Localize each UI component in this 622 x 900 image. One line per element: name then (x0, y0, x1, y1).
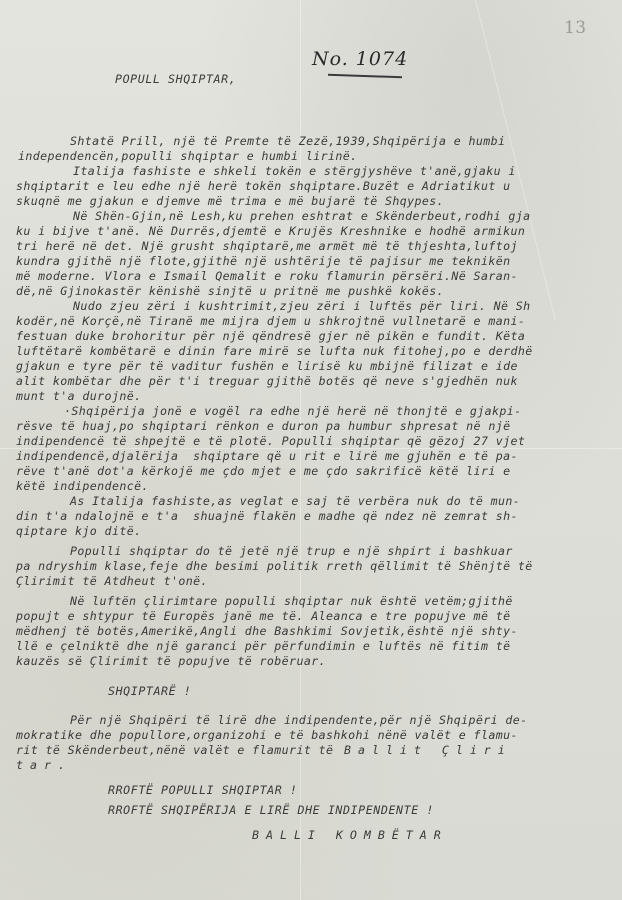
exclamation-heading: SHQIPTARË ! (108, 686, 191, 698)
body-line: llë e çelniktë dhe një garanci për përfu… (16, 641, 510, 653)
body-line: mëdhenj të botës,Amerikë,Angli dhe Bashk… (16, 626, 518, 638)
body-line: popujt e shtypur të Europës janë me të. … (16, 611, 510, 623)
signature-balli-kombetar: BALLI KOMBËTAR (252, 830, 448, 842)
body-line: skuqnë me gjakun e djemve më trima e më … (16, 196, 444, 208)
closing-line: rit të Skënderbeut,nënë valët e flamurit… (16, 745, 341, 757)
body-line: këtë indipendencë. (16, 481, 149, 493)
body-line: indipendencë,djalërija shqiptare që u ri… (16, 451, 518, 463)
closing-line: Për një Shqipëri të lirë dhe indipendent… (70, 715, 528, 727)
body-line: alit kombëtar dhe për t'i treguar gjithë… (16, 376, 518, 388)
body-line: luftëtarë kombëtarë e dinin fare mirë se… (16, 346, 533, 358)
body-line: Populli shqiptar do të jetë një trup e n… (70, 546, 513, 558)
body-line: dë,në Gjinokastër kënishë sinjtë u pritn… (16, 286, 444, 298)
body-line: ·Shqipërija jonë e vogël ra edhe një her… (64, 406, 522, 418)
balli-clirimtar-spaced-end: tar. (16, 760, 72, 772)
body-line: din t'a ndalojnë e t'a shuajnë flakën e … (16, 511, 518, 523)
body-line: festuan duke brohoritur për një qëndresë… (16, 331, 525, 343)
body-line: pa ndryshim klase,feje dhe besimi politi… (16, 561, 533, 573)
body-line: Çlirimit të Atdheut t'onë. (16, 576, 208, 588)
document-number-underline (328, 74, 402, 79)
balli-clirimtar-spaced: Ballit Çliri (344, 745, 512, 757)
body-line: As Italija fashiste,as veglat e saj të v… (70, 496, 520, 508)
body-line: qiptare kjo ditë. (16, 526, 141, 538)
typewritten-document: 13 No. 1074 POPULL SHQIPTAR, Shtatë Pril… (0, 0, 622, 900)
body-line: tri herë në det. Një grusht shqiptarë,me… (16, 241, 518, 253)
body-line: kodër,në Korçë,në Tiranë me mijra djem u… (16, 316, 525, 328)
body-line: Nudo zjeu zëri i kushtrimit,zjeu zëri i … (73, 301, 531, 313)
body-line: Në luftën çlirimtare populli shqiptar nu… (70, 596, 513, 608)
body-line: Italija fashiste e shkeli tokën e stërgj… (73, 166, 516, 178)
body-line: kauzës së Çlirimit të popujve të robërua… (16, 656, 326, 668)
body-line: munt t'a durojnë. (16, 391, 141, 403)
body-line: shqiptarit e leu edhe një herë tokën shq… (16, 181, 510, 193)
body-line: Shtatë Prill, një të Premte të Zezë,1939… (70, 136, 505, 148)
body-line: Në Shën-Gjin,në Lesh,ku prehen eshtrat e… (73, 211, 531, 223)
body-line: independencën,populli shqiptar e humbi l… (18, 151, 357, 163)
closing-line: mokratike dhe popullore,organizohi e të … (16, 730, 518, 742)
body-line: gjakun e tyre për të vaditur fushën e li… (16, 361, 518, 373)
body-line: kundra gjithë një flote,gjithë një ushtë… (16, 256, 510, 268)
body-line: ku i bijve t'anë. Në Durrës,djemtë e Kru… (16, 226, 525, 238)
slogan-line: RROFTË POPULLI SHQIPTAR ! (108, 785, 298, 797)
handwritten-document-number: No. 1074 (312, 48, 408, 70)
body-line: më moderne. Vlora e Ismail Qemalit e rok… (16, 271, 518, 283)
greeting-heading: POPULL SHQIPTAR, (115, 74, 236, 86)
body-line: rësve të huaj,po shqiptari rënkon e duro… (16, 421, 510, 433)
page-number: 13 (564, 18, 586, 38)
body-line: indipendencë të shpejtë e të plotë. Popu… (16, 436, 525, 448)
slogan-line: RROFTË SHQIPËRIJA E LIRË DHE INDIPENDENT… (108, 805, 434, 817)
body-line: rëve t'anë dot'a kërkojë me çdo mjet e m… (16, 466, 510, 478)
